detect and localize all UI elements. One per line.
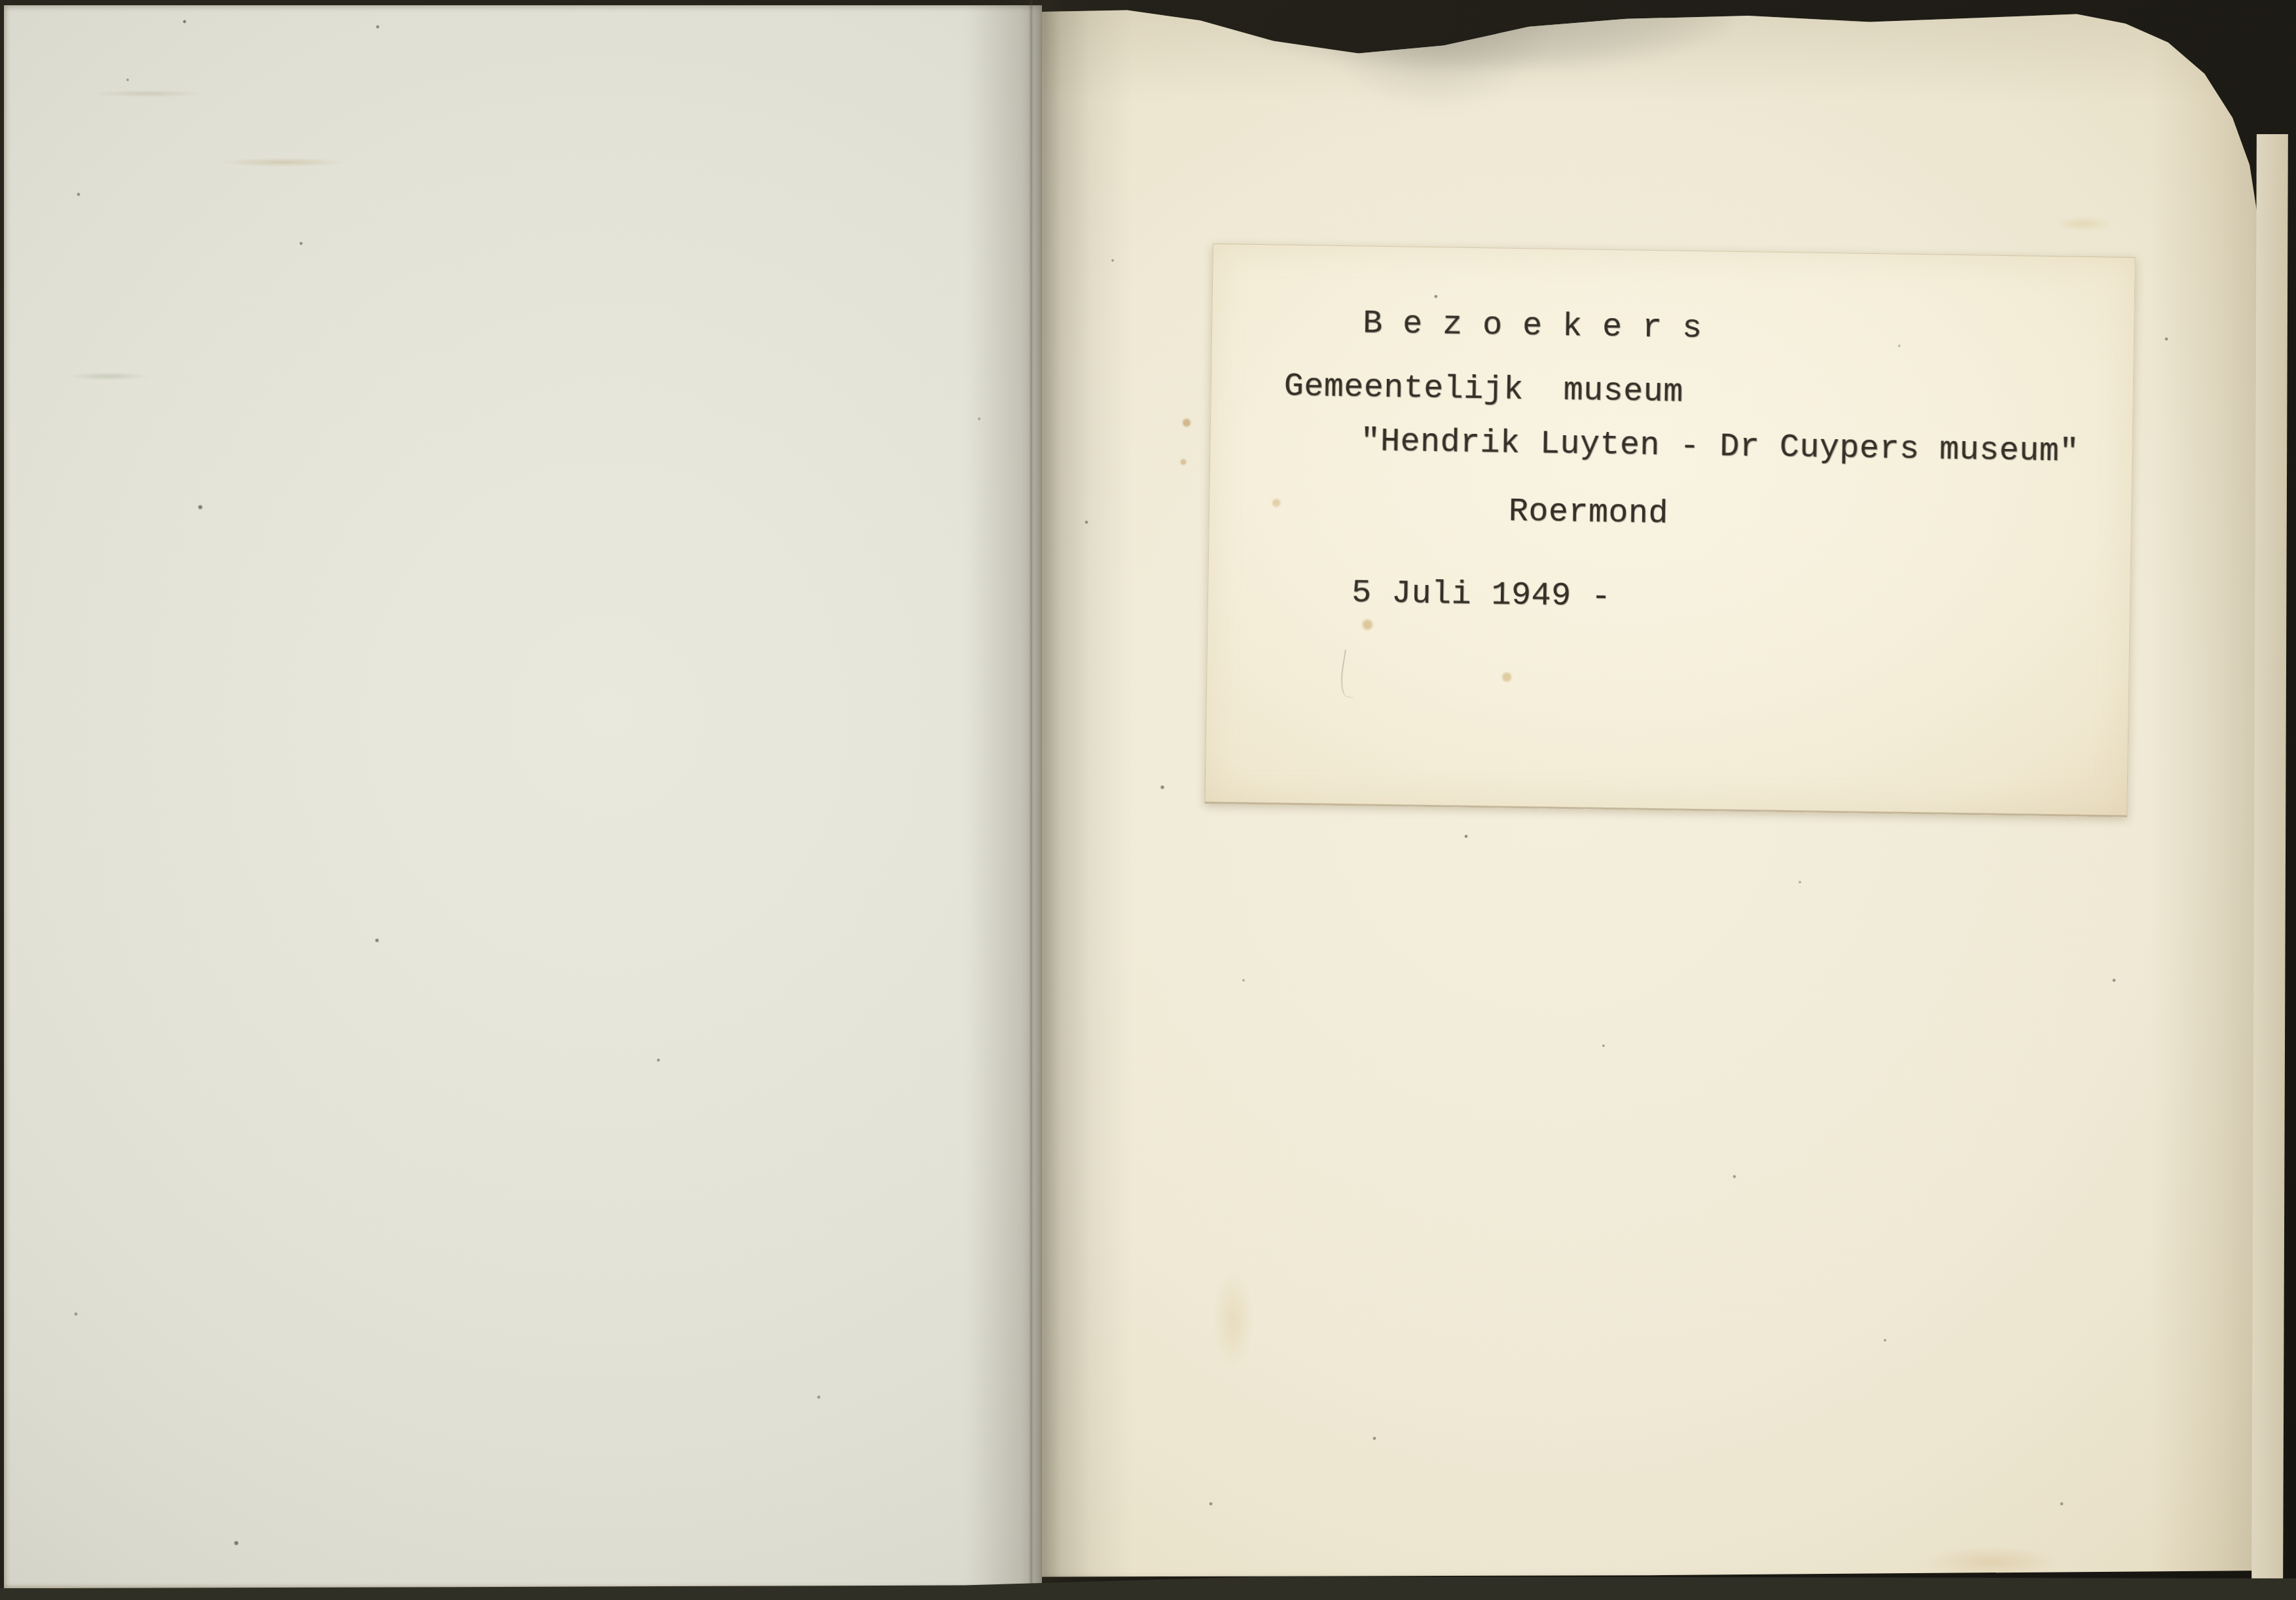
left-page [4,5,1042,1588]
scanned-book-spread: B e z o e k e r s Gemeentelijk museum "H… [0,0,2296,1600]
page-tear-shadow [1323,8,1546,106]
label-line-date: 5 Juli 1949 - [1352,573,1611,618]
label-line-museum-subtitle: "Hendrik Luyten - Dr Cuypers museum" [1360,421,2079,472]
right-page: B e z o e k e r s Gemeentelijk museum "H… [1042,8,2259,1578]
faint-pencil-mark [1338,650,1361,698]
pasted-typewritten-label: B e z o e k e r s Gemeentelijk museum "H… [1204,243,2136,817]
gutter-fold-line [1030,0,1032,1600]
label-line-city: Roermond [1508,492,1668,535]
label-line-museum-name: Gemeentelijk museum [1283,367,1683,414]
label-line-bezoekers: B e z o e k e r s [1363,304,1702,349]
book-gutter-fold [962,0,1132,1600]
underlying-page-edge [2251,134,2288,1582]
